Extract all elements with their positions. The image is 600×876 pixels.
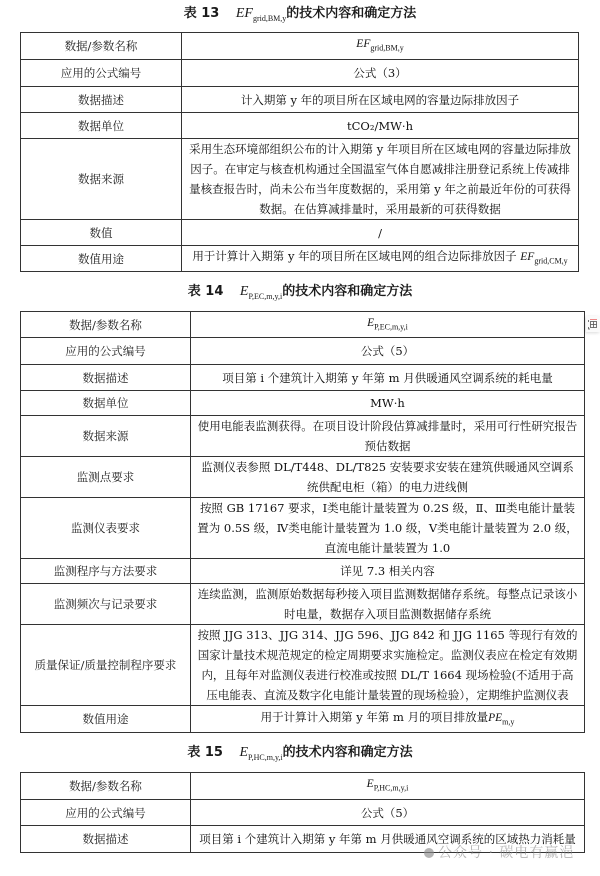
table-row: 数据描述 项目第 i 个建筑计入期第 y 年第 m 月供暖通风空调系统的耗电量	[21, 365, 585, 391]
row-value: 用于计算计入期第 y 年的项目所在区域电网的组合边际排放因子 EFgrid,CM…	[182, 246, 579, 272]
caption-symbol: EP,EC,m,y,i	[240, 284, 282, 299]
row-key: 数据来源	[21, 139, 182, 220]
watermark: 公众号 · 碳电有赢浥	[424, 842, 574, 862]
row-key: 数值	[21, 220, 182, 246]
table-row: 应用的公式编号 公式（5）	[21, 338, 585, 365]
row-value: 按照 JJG 313、JJG 314、JJG 596、JJG 842 和 JJG…	[191, 625, 585, 706]
table-row: 应用的公式编号 公式（5）	[21, 800, 585, 826]
row-value: 按照 GB 17167 要求，Ⅰ类电能计量装置为 0.2S 级，Ⅱ、Ⅲ类电能计量…	[191, 498, 585, 559]
row-value: 监测仪表参照 DL/T448、DL/T825 安装要求安装在建筑供暖通风空调系统…	[191, 457, 585, 498]
table-13-caption: 表 13 EFgrid,BM,y的技术内容和确定方法	[0, 5, 600, 28]
table-grid-icon	[588, 319, 598, 330]
row-value: MW·h	[191, 391, 585, 416]
row-key: 数据单位	[21, 113, 182, 139]
table-row: 监测仪表要求 按照 GB 17167 要求，Ⅰ类电能计量装置为 0.2S 级，Ⅱ…	[21, 498, 585, 559]
table-row: 监测点要求 监测仪表参照 DL/T448、DL/T825 安装要求安装在建筑供暖…	[21, 457, 585, 498]
row-key: 监测程序与方法要求	[21, 559, 191, 584]
caption-text: 的技术内容和确定方法	[283, 745, 413, 760]
row-value: 使用电能表监测获得。在项目设计阶段估算减排量时，采用可行性研究报告预估数据	[191, 416, 585, 457]
row-key: 监测仪表要求	[21, 498, 191, 559]
table-icon[interactable]	[586, 316, 600, 332]
table-14: 数据/参数名称 EP,EC,m,y,i 应用的公式编号 公式（5） 数据描述 项…	[20, 311, 585, 733]
row-value: 公式（5）	[191, 338, 585, 365]
caption-number: 表 14	[188, 284, 224, 299]
row-value: tCO₂/MW·h	[182, 113, 579, 139]
row-key: 监测频次与记录要求	[21, 584, 191, 625]
table-row: 数据单位 tCO₂/MW·h	[21, 113, 579, 139]
table-row: 应用的公式编号 公式（3）	[21, 60, 579, 87]
table-15-caption: 表 15 EP,HC,m,y,i的技术内容和确定方法	[0, 744, 600, 767]
row-key: 数据单位	[21, 391, 191, 416]
row-value: 用于计算计入期第 y 年第 m 月的项目排放量PEm,y	[191, 706, 585, 733]
table-row: 数据来源 使用电能表监测获得。在项目设计阶段估算减排量时，采用可行性研究报告预估…	[21, 416, 585, 457]
row-key: 质量保证/质量控制程序要求	[21, 625, 191, 706]
row-value: 详见 7.3 相关内容	[191, 559, 585, 584]
table-row: 数据/参数名称 EFgrid,BM,y	[21, 33, 579, 60]
caption-number: 表 15	[187, 745, 223, 760]
row-value: EFgrid,BM,y	[182, 33, 579, 60]
row-value: 项目第 i 个建筑计入期第 y 年第 m 月供暖通风空调系统的耗电量	[191, 365, 585, 391]
row-key: 数据/参数名称	[21, 773, 191, 800]
caption-symbol: EFgrid,BM,y	[236, 6, 286, 21]
row-key: 应用的公式编号	[21, 338, 191, 365]
row-value: 采用生态环境部组织公布的计入期第 y 年项目所在区域电网的容量边际排放因子。在审…	[182, 139, 579, 220]
row-key: 数据来源	[21, 416, 191, 457]
row-value: /	[182, 220, 579, 246]
row-key: 数据描述	[21, 826, 191, 853]
table-row: 监测程序与方法要求 详见 7.3 相关内容	[21, 559, 585, 584]
row-value: 公式（5）	[191, 800, 585, 826]
row-key: 数值用途	[21, 246, 182, 272]
wechat-icon	[424, 848, 434, 858]
table-13: 数据/参数名称 EFgrid,BM,y 应用的公式编号 公式（3） 数据描述 计…	[20, 32, 579, 272]
table-row: 数据单位 MW·h	[21, 391, 585, 416]
row-key: 监测点要求	[21, 457, 191, 498]
row-value: EP,HC,m,y,i	[191, 773, 585, 800]
row-value: 计入期第 y 年的项目所在区域电网的容量边际排放因子	[182, 87, 579, 113]
row-value: 公式（3）	[182, 60, 579, 87]
table-row: 数据描述 计入期第 y 年的项目所在区域电网的容量边际排放因子	[21, 87, 579, 113]
table-row: 数据/参数名称 EP,HC,m,y,i	[21, 773, 585, 800]
row-key: 数据/参数名称	[21, 33, 182, 60]
row-value: EP,EC,m,y,i	[191, 312, 585, 338]
row-key: 数值用途	[21, 706, 191, 733]
caption-text: 的技术内容和确定方法	[286, 6, 416, 21]
table-15: 数据/参数名称 EP,HC,m,y,i 应用的公式编号 公式（5） 数据描述 项…	[20, 772, 585, 853]
row-key: 应用的公式编号	[21, 800, 191, 826]
table-row: 数据来源 采用生态环境部组织公布的计入期第 y 年项目所在区域电网的容量边际排放…	[21, 139, 579, 220]
row-key: 数据/参数名称	[21, 312, 191, 338]
table-row: 监测频次与记录要求 连续监测，监测原始数据每秒接入项目监测数据储存系统。每整点记…	[21, 584, 585, 625]
table-row: 数据/参数名称 EP,EC,m,y,i	[21, 312, 585, 338]
table-row: 质量保证/质量控制程序要求 按照 JJG 313、JJG 314、JJG 596…	[21, 625, 585, 706]
table-row: 数值 /	[21, 220, 579, 246]
row-key: 数据描述	[21, 365, 191, 391]
caption-symbol: EP,HC,m,y,i	[239, 745, 282, 760]
table-14-caption: 表 14 EP,EC,m,y,i的技术内容和确定方法	[0, 283, 600, 306]
row-key: 应用的公式编号	[21, 60, 182, 87]
row-key: 数据描述	[21, 87, 182, 113]
row-value: 连续监测，监测原始数据每秒接入项目监测数据储存系统。每整点记录该小时电量，数据存…	[191, 584, 585, 625]
caption-number: 表 13	[184, 6, 220, 21]
table-row: 数值用途 用于计算计入期第 y 年第 m 月的项目排放量PEm,y	[21, 706, 585, 733]
table-row: 数值用途 用于计算计入期第 y 年的项目所在区域电网的组合边际排放因子 EFgr…	[21, 246, 579, 272]
caption-text: 的技术内容和确定方法	[282, 284, 412, 299]
